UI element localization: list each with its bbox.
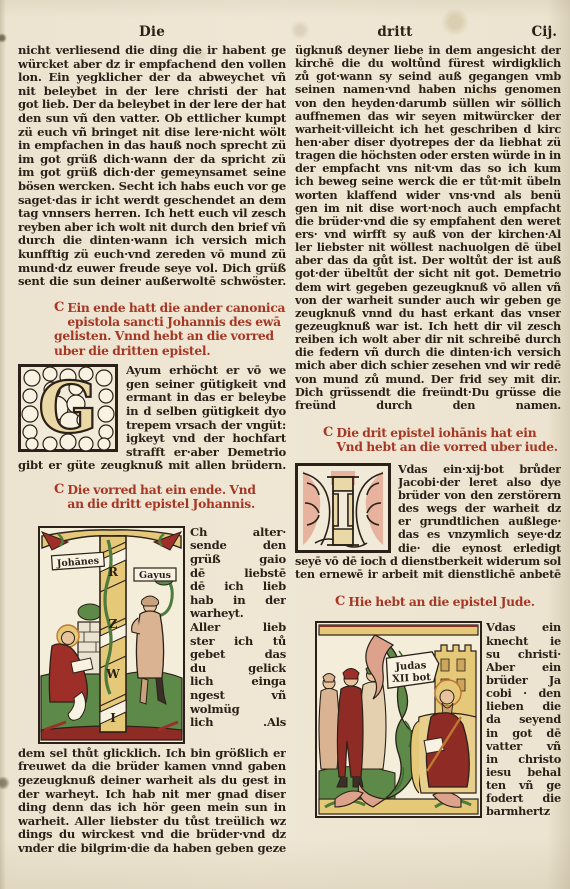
banderole: Judas XII bot	[386, 652, 440, 689]
folio-number: Cij.	[505, 24, 557, 40]
text-line: ich beweg seine werck die er tůt·mit übe…	[295, 175, 561, 188]
paragraph-2john-end: nicht verliesend die ding die ir habent …	[18, 44, 286, 289]
text-line: von den heyden·darumb süllen wir söllich	[295, 97, 561, 110]
text-line: gibt er güte zeugknuß mit allen brüdern.	[18, 459, 286, 473]
decorated-initial-G: G	[18, 364, 118, 452]
text-column-left: nicht verliesend die ding die ir habent …	[18, 44, 286, 856]
text-line: reyben aber ich wolt nit durch den brief…	[18, 221, 286, 235]
text-line: su christi·	[486, 648, 561, 661]
text-line: got lieb. Der da beleybet in der lere de…	[18, 98, 286, 112]
text-line: sent die sun deiner außerwoltē schwöster…	[18, 275, 286, 289]
text-line: iesu behal	[486, 766, 561, 779]
text-line: seinen namen·vnd haben nichs genomen	[295, 83, 561, 96]
text-line: würcket aber dz ir empfachend den vollen	[18, 58, 286, 72]
text-line: Jacobi·der leret also dye	[398, 476, 561, 489]
capitulum-mark: C	[335, 595, 345, 609]
paragraph-lines: ügknuß deyner liebe in dem angesicht der…	[295, 44, 561, 412]
svg-text:W: W	[105, 667, 120, 681]
text-line: freünd durch den namen.	[295, 399, 561, 412]
text-line: brüder Ja	[486, 674, 561, 687]
text-line: nit beleybet in der lere christi der hat…	[18, 85, 286, 99]
text-line: die· die eynost erledigt	[398, 542, 561, 555]
text-line: knecht ie	[486, 635, 561, 648]
text-line: ermant in das er beleybe	[126, 391, 286, 405]
text-line: sende den	[190, 539, 286, 553]
text-line: den sun vñ den vatter. Ob ettlicher kump…	[18, 112, 286, 126]
banderole-line1: Judas	[394, 661, 427, 674]
text-line: ten vñ ge	[486, 779, 561, 792]
capitulum-mark: C	[54, 301, 64, 315]
text-line: hab in der	[190, 594, 286, 608]
full-lines: seyē vō dē ioch d dienstberkeit widerum …	[295, 555, 561, 581]
text-line: durch die dinten·wann ich versich mich	[18, 234, 286, 248]
text-line: in christo	[486, 753, 561, 766]
text-line: saget·das ir icht werdt geschendet an de…	[18, 194, 286, 208]
text-line: vnder die bilgrim·die da haben geben gez…	[18, 842, 286, 856]
text-line: gen im nit dise wort·noch auch empfacht	[295, 202, 561, 215]
text-line: strafft er·aber Demetrio	[126, 446, 286, 460]
text-line: ngest vñ	[190, 689, 286, 703]
text-line: nicht verliesend die ding die ir habent …	[18, 44, 286, 58]
text-line: zeugknuß vnnd du hast erkant das vnser	[295, 307, 561, 320]
text-line: Aller lieb	[190, 621, 286, 635]
text-line: ler liebster nit wöllest nachuolgen dē ü…	[295, 241, 561, 254]
paragraph-3john-text: R Z W I	[18, 526, 286, 856]
text-line: Ch alter·	[190, 526, 286, 540]
text-line: dē liebstē	[190, 567, 286, 581]
text-line: lon. Ein yegklicher der da abweychet vñ	[18, 71, 286, 85]
text-line: igkeyt vnd der hochfart	[126, 432, 286, 446]
text-line: ten ernewē ir arbeit mit dienstlichē anb…	[295, 568, 561, 581]
text-line: brüder von den zerstörern	[398, 489, 561, 502]
text-line: epistola sancti Johannis des ewā	[67, 315, 286, 329]
text-line: mund·dz euwer freude seye vol. Dich grüß	[18, 262, 286, 276]
text-line: dem wirt gegeben gezeugknuß vō allen vñ	[295, 281, 561, 294]
svg-text:R: R	[108, 565, 119, 579]
text-line: zů got·wann sy seind auß gegangen vmb	[295, 70, 561, 83]
text-line: warheit. Aller liebster du tůst treülich…	[18, 815, 286, 829]
text-line: tag vnnsers herren. Ich hett euch vil ze…	[18, 207, 286, 221]
text-line: der warheyt. Ich hab nit mer gnad diser	[18, 788, 286, 802]
text-line: reiben ich wolt aber dir nit schreibē du…	[295, 333, 561, 346]
text-line: ster ich tů	[190, 635, 286, 649]
text-line: das es vnzymlich seye·dz	[398, 528, 561, 541]
text-line: tragen die höchsten oder ersten würde in…	[295, 149, 561, 162]
text-line: Vdas ein·xij·bot brůder	[398, 463, 561, 476]
text-line: Dich grüssendt die freündt·Du grüsse die	[295, 386, 561, 399]
rubric-3john-end: C Die drit epistel iohānis hat ein endVn…	[295, 426, 561, 455]
paragraph-lines: nicht verliesend die ding die ir habent …	[18, 44, 286, 289]
text-line: im got grüß dich·der gemeynsamet seine	[18, 166, 286, 180]
rubric-lines: Die vorred hat ein ende. Vnd hebtan die …	[54, 483, 286, 512]
text-line: trepem vrsach der vngüt:	[126, 419, 286, 433]
svg-text:Z: Z	[109, 617, 118, 631]
text-line: kunfftig zü euch·vnd zereden vō mund zü	[18, 248, 286, 262]
text-line: im got grüß dich·wann der da spricht zü	[18, 153, 286, 167]
woodcut-john-and-gaius: R Z W I	[38, 526, 185, 744]
text-line: grüß gaio	[190, 553, 286, 567]
rubric-2john-colophon: C Ein ende hatt die ander canonicaepisto…	[18, 301, 286, 359]
text-line: wolmüg	[190, 703, 286, 717]
text-line: auffnemen das wir seyen mitwürcker der	[295, 110, 561, 123]
text-line: vatter vñ	[486, 740, 561, 753]
text-column-right: ügknuß deyner liebe in dem angesicht der…	[295, 44, 561, 819]
label-gayus: Gayus	[139, 570, 171, 581]
text-line: Vnd hebt an die vorred uber iude.	[336, 440, 561, 454]
text-line: uber die dritten epistel.	[54, 344, 286, 358]
text-line: in empfachen in das hauß noch sprecht zü	[18, 139, 286, 153]
text-line: Die drit epistel iohānis hat ein end	[336, 426, 561, 440]
capitulum-mark: C	[323, 426, 333, 440]
paragraph-jude-text: Judas XII bot Vdas einknecht iesu christ…	[295, 621, 561, 818]
text-line: gebet das	[190, 648, 286, 662]
rubric-lines: Ein ende hatt die ander canonicaepistola…	[54, 301, 286, 359]
text-line: gezeugknuß war ist. Ich hett dir vil zes…	[295, 320, 561, 333]
capitulum-mark: C	[54, 483, 64, 497]
text-line: Die vorred hat ein ende. Vnd hebt	[67, 483, 286, 497]
text-line: lich .Als	[190, 716, 286, 730]
text-line: warheit·villeicht ich het geschriben d k…	[295, 123, 561, 136]
text-line: Aber ein	[486, 661, 561, 674]
text-line: Ayum erhöcht er vō we	[126, 364, 286, 378]
text-line: ügknuß deyner liebe in dem angesicht der	[295, 44, 561, 57]
text-line: du gelick	[190, 662, 286, 676]
running-title-right: dritt	[295, 24, 495, 40]
text-line: seyē vō dē ioch d dienstberkeit widerum …	[295, 555, 561, 568]
text-line: barmhertz	[486, 805, 561, 818]
manuscript-page: Die dritt Cij. nicht verliesend die ding…	[0, 0, 570, 889]
banderole-line2: XII bot	[392, 672, 432, 685]
text-line: an die dritt epistel Johannis.	[67, 497, 286, 511]
text-line: die brüder·vnd die sy empfahent den were…	[295, 215, 561, 228]
text-line: dings du wirckest vnd die brüder·vnd dz	[18, 828, 286, 842]
text-line: dem sel thůt glicklich. Ich bin größlich…	[18, 747, 286, 761]
text-line: ers· vnd wirfft sy auß von der kirchen·A…	[295, 228, 561, 241]
text-line: lich einga	[190, 675, 286, 689]
paragraph-3john-prologue: G Ayum erhöcht er vō wegen seiner gütigk…	[18, 364, 286, 473]
rubric-3john-incipit: C Die vorred hat ein ende. Vnd hebtan di…	[18, 483, 286, 512]
decorated-initial-I: I	[295, 463, 391, 553]
running-title-left: Die	[18, 24, 286, 40]
text-line: die federn vñ durch die dinten·ich versi…	[295, 346, 561, 359]
text-line: gen seiner gütigkeit vnd	[126, 378, 286, 392]
text-line: Vdas ein	[486, 621, 561, 634]
text-line: warheyt.	[190, 607, 286, 621]
text-line: freuwet da die brüder kamen vnnd gaben	[18, 760, 286, 774]
initial-letter-G: G	[38, 366, 98, 449]
text-line: fodert die	[486, 792, 561, 805]
text-line: ding denn das ich hör geen mein sun in d…	[18, 801, 286, 815]
text-line: zü euch vñ bringet nit dise lere·nicht w…	[18, 126, 286, 140]
text-line: in d selben gütigkeit dyo	[126, 405, 286, 419]
text-line: von der warheit sunder auch wir geben ge	[295, 294, 561, 307]
text-line: Hie hebt an die epistel Jude.	[348, 595, 561, 609]
gaius-figure	[136, 611, 163, 678]
text-line: aber das da gůt ist. Der woltůt der ist …	[295, 254, 561, 267]
text-line: got·der übeltůt der sicht nit got. Demet…	[295, 267, 561, 280]
text-line: da seyend	[486, 713, 561, 726]
text-line: der empfacht vns nit·vm das so ich kum	[295, 162, 561, 175]
text-line: cobi · den	[486, 687, 561, 700]
text-line: worten klaffend wider vns·vnd als benü	[295, 189, 561, 202]
rubric-lines: Die drit epistel iohānis hat ein endVnd …	[323, 426, 561, 455]
text-line: gelisten. Vnnd hebt an die vorred	[54, 329, 286, 343]
text-line: von mund zů mund. Der frid sey mit dir.	[295, 373, 561, 386]
text-line: mich aber dich schier zesehen vnd wir re…	[295, 359, 561, 372]
text-line: er grundtlichen außlege·	[398, 515, 561, 528]
full-lines: dem sel thůt glicklich. Ich bin größlich…	[18, 747, 286, 856]
text-line: hen·aber diser dyotrepes der da liebhat …	[295, 136, 561, 149]
text-line: kirchē die du woltůnd fürest wirdigklich	[295, 57, 561, 70]
text-line: bösen wercken. Secht ich habs euch vor g…	[18, 180, 286, 194]
paragraph-jude-prologue: I Vdas ein·xij·bot brůderJacobi·der lere…	[295, 463, 561, 581]
text-line: in got dē	[486, 727, 561, 740]
text-line: lieben die	[486, 700, 561, 713]
full-lines: gibt er güte zeugknuß mit allen brüdern.	[18, 459, 286, 473]
rubric-lines: Hie hebt an die epistel Jude.	[335, 595, 561, 609]
svg-text:I: I	[110, 711, 116, 725]
text-line: dē ich lieb	[190, 580, 286, 594]
text-line: des wegs der warheit dz	[398, 502, 561, 515]
text-line: gezeugknuß deiner warheit als du gest in	[18, 774, 286, 788]
text-line: Ein ende hatt die ander canonica	[67, 301, 286, 315]
initial-letter-I: I	[331, 481, 355, 542]
rubric-jude-incipit: C Hie hebt an die epistel Jude.	[295, 595, 561, 609]
paragraph-3john-continued: ügknuß deyner liebe in dem angesicht der…	[295, 44, 561, 412]
woodcut-jude: Judas XII bot	[315, 621, 482, 818]
